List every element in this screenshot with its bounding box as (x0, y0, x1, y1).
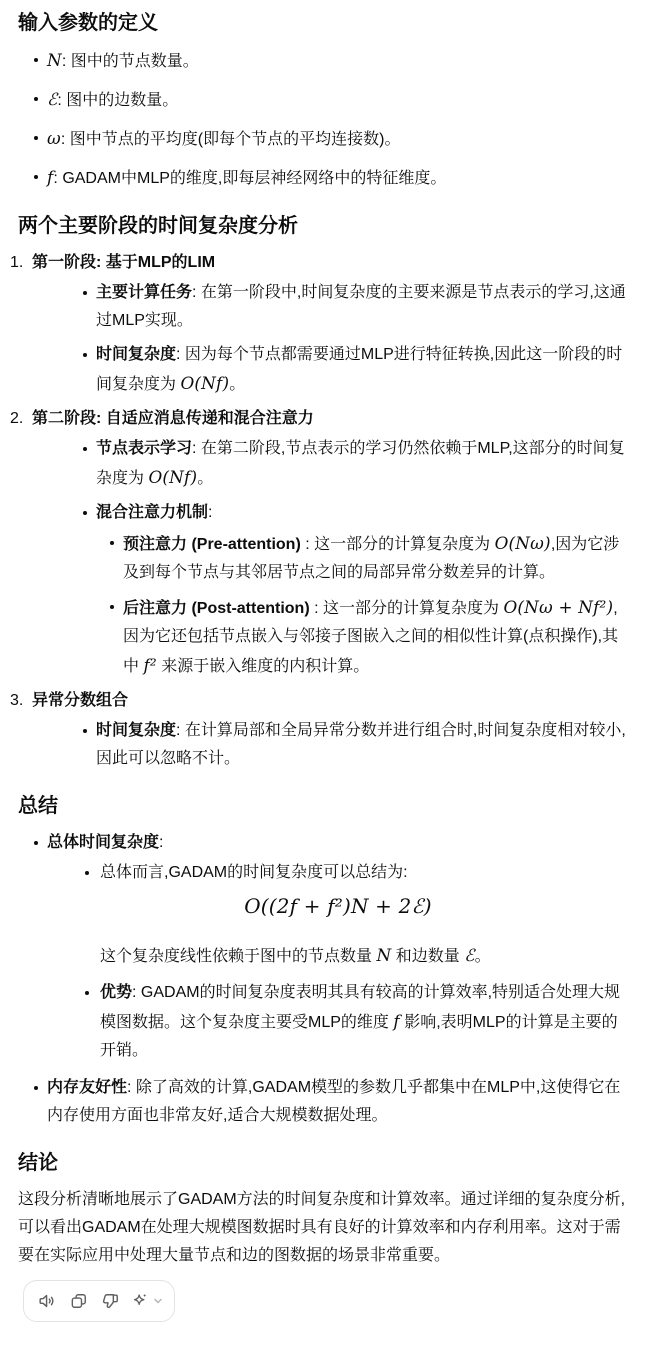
math-inline: N (47, 50, 62, 70)
list-item: N: 图中的节点数量。 (18, 46, 632, 76)
copy-icon (69, 1291, 89, 1311)
text-run: : 这一部分的计算复杂度为 (305, 536, 494, 553)
sub-list: 总体而言,GADAM的时间复杂度可以总结为: O((2f + f²)N + 2ℰ… (47, 859, 632, 1065)
speaker-icon (37, 1291, 57, 1311)
summary-list: 总体时间复杂度: 总体而言,GADAM的时间复杂度可以总结为: O((2f + … (18, 829, 632, 1130)
list-item: 内存友好性: 除了高效的计算,GADAM模型的参数几乎都集中在MLP中,这使得它… (18, 1074, 632, 1130)
thumbs-down-button[interactable] (98, 1288, 124, 1314)
text-run: : 图中的边数量。 (57, 92, 178, 109)
list-item-title: 第一阶段: 基于MLP的LIM (32, 249, 632, 277)
text-run: 异常分数组合 (32, 692, 128, 709)
text-run: 和边数量 (391, 948, 464, 965)
text-run: 来源于嵌入维度的内积计算。 (157, 658, 369, 675)
conclusion-paragraph: 这段分析清晰地展示了GADAM方法的时间复杂度和计算效率。通过详细的复杂度分析,… (18, 1186, 632, 1270)
list-item: 3. 异常分数组合 时间复杂度: 在计算局部和全局异常分数并进行组合时,时间复杂… (18, 687, 632, 773)
text-run: 总体时间复杂度 (47, 834, 159, 851)
list-item-text: 这个复杂度线性依赖于图中的节点数量 N 和边数量 ℰ。 (100, 941, 632, 971)
list-item-title: 混合注意力机制: (96, 499, 632, 527)
list-item: ℰ: 图中的边数量。 (18, 85, 632, 115)
text-run: 预注意力 (Pre-attention) (123, 536, 305, 553)
math-inline: O(Nω + Nf²) (503, 597, 613, 617)
text-run: : 这一部分的计算复杂度为 (314, 600, 503, 617)
text-run: 第二阶段: 自适应消息传递和混合注意力 (32, 410, 314, 427)
list-item: 总体时间复杂度: 总体而言,GADAM的时间复杂度可以总结为: O((2f + … (18, 829, 632, 1065)
phase-list: 1. 第一阶段: 基于MLP的LIM 主要计算任务: 在第一阶段中,时间复杂度的… (18, 249, 632, 773)
text-run: 。 (229, 376, 245, 393)
read-aloud-button[interactable] (34, 1288, 60, 1314)
chevron-down-icon (152, 1295, 164, 1307)
sub-list: 节点表示学习: 在第二阶段,节点表示的学习仍然依赖于MLP,这部分的时间复杂度为… (32, 435, 632, 681)
list-item-title: 总体时间复杂度: (47, 829, 632, 857)
sub-list: 主要计算任务: 在第一阶段中,时间复杂度的主要来源是节点表示的学习,这通过MLP… (32, 279, 632, 399)
list-item: 后注意力 (Post-attention) : 这一部分的计算复杂度为 O(Nω… (96, 593, 632, 681)
text-run: 第一阶段: 基于MLP的LIM (32, 254, 215, 271)
list-item: ω: 图中节点的平均度(即每个节点的平均连接数)。 (18, 124, 632, 154)
text-run: : 在计算局部和全局异常分数并进行组合时,时间复杂度相对较小,因此可以忽略不计。 (96, 722, 626, 767)
assistant-message: 输入参数的定义 N: 图中的节点数量。 ℰ: 图中的边数量。 ω: 图中节点的平… (18, 8, 632, 1322)
math-inline: ℰ (47, 89, 57, 109)
sparkles-icon (130, 1291, 150, 1311)
param-list: N: 图中的节点数量。 ℰ: 图中的边数量。 ω: 图中节点的平均度(即每个节点… (18, 46, 632, 193)
list-item: 主要计算任务: 在第一阶段中,时间复杂度的主要来源是节点表示的学习,这通过MLP… (32, 279, 632, 335)
list-item: 总体而言,GADAM的时间复杂度可以总结为: O((2f + f²)N + 2ℰ… (47, 859, 632, 971)
math-inline: O(Nω) (495, 533, 551, 553)
list-marker: 1. (10, 249, 23, 277)
math-inline: f² (143, 655, 156, 675)
list-item: 优势: GADAM的时间复杂度表明其具有较高的计算效率,特别适合处理大规模图数据… (47, 979, 632, 1065)
text-run: 内存友好性 (47, 1079, 127, 1096)
text-run: 时间复杂度 (96, 346, 176, 363)
math-inline: ω (47, 128, 61, 148)
list-item-title: 异常分数组合 (32, 687, 632, 715)
list-item: 时间复杂度: 因为每个节点都需要通过MLP进行特征转换,因此这一阶段的时间复杂度… (32, 341, 632, 399)
text-run: 。 (475, 948, 491, 965)
text-run: 这个复杂度线性依赖于图中的节点数量 (100, 948, 376, 965)
text-run: : GADAM中MLP的维度,即每层神经网络中的特征维度。 (53, 170, 446, 187)
text-run: 总体而言,GADAM的时间复杂度可以总结为: (100, 864, 408, 881)
math-inline: O(Nf) (148, 467, 197, 487)
sparkles-menu-button[interactable] (130, 1288, 164, 1314)
list-item-title: 第二阶段: 自适应消息传递和混合注意力 (32, 405, 632, 433)
math-inline: O(Nf) (180, 373, 229, 393)
section-heading-phases: 两个主要阶段的时间复杂度分析 (18, 211, 632, 241)
text-run: 节点表示学习 (96, 440, 192, 457)
math-formula: O((2f + f²)N + 2ℰ) (100, 889, 576, 925)
text-run: 。 (197, 470, 213, 487)
math-inline: ℰ (464, 945, 474, 965)
message-action-toolbar (23, 1280, 175, 1322)
list-item: 2. 第二阶段: 自适应消息传递和混合注意力 节点表示学习: 在第二阶段,节点表… (18, 405, 632, 681)
copy-button[interactable] (66, 1288, 92, 1314)
text-run: : (208, 504, 212, 521)
math-inline: N (376, 945, 391, 965)
text-run: 后注意力 (Post-attention) (123, 600, 314, 617)
text-run: 混合注意力机制 (96, 504, 208, 521)
text-run: : 除了高效的计算,GADAM模型的参数几乎都集中在MLP中,这使得它在内存使用… (47, 1079, 620, 1124)
math-expression: O((2f + f²)N + 2ℰ) (244, 894, 431, 918)
sub-list: 时间复杂度: 在计算局部和全局异常分数并进行组合时,时间复杂度相对较小,因此可以… (32, 717, 632, 773)
section-heading-summary: 总结 (18, 791, 632, 821)
text-run: : (159, 834, 163, 851)
list-item: 节点表示学习: 在第二阶段,节点表示的学习仍然依赖于MLP,这部分的时间复杂度为… (32, 435, 632, 493)
list-item: f: GADAM中MLP的维度,即每层神经网络中的特征维度。 (18, 163, 632, 193)
text-run: 时间复杂度 (96, 722, 176, 739)
list-item: 混合注意力机制: 预注意力 (Pre-attention) : 这一部分的计算复… (32, 499, 632, 681)
list-item: 预注意力 (Pre-attention) : 这一部分的计算复杂度为 O(Nω)… (96, 529, 632, 587)
list-item: 1. 第一阶段: 基于MLP的LIM 主要计算任务: 在第一阶段中,时间复杂度的… (18, 249, 632, 399)
text-run: : 图中的节点数量。 (62, 53, 199, 70)
section-heading-params: 输入参数的定义 (18, 8, 632, 38)
sub-sub-list: 预注意力 (Pre-attention) : 这一部分的计算复杂度为 O(Nω)… (96, 529, 632, 681)
text-run: : 图中节点的平均度(即每个节点的平均连接数)。 (61, 131, 401, 148)
section-heading-conclusion: 结论 (18, 1148, 632, 1178)
list-marker: 3. (10, 687, 23, 715)
text-run: 主要计算任务 (96, 284, 192, 301)
thumbs-down-icon (101, 1291, 121, 1311)
list-marker: 2. (10, 405, 23, 433)
text-run: 优势 (100, 984, 132, 1001)
list-item-text: 总体而言,GADAM的时间复杂度可以总结为: (100, 859, 632, 887)
list-item: 时间复杂度: 在计算局部和全局异常分数并进行组合时,时间复杂度相对较小,因此可以… (32, 717, 632, 773)
